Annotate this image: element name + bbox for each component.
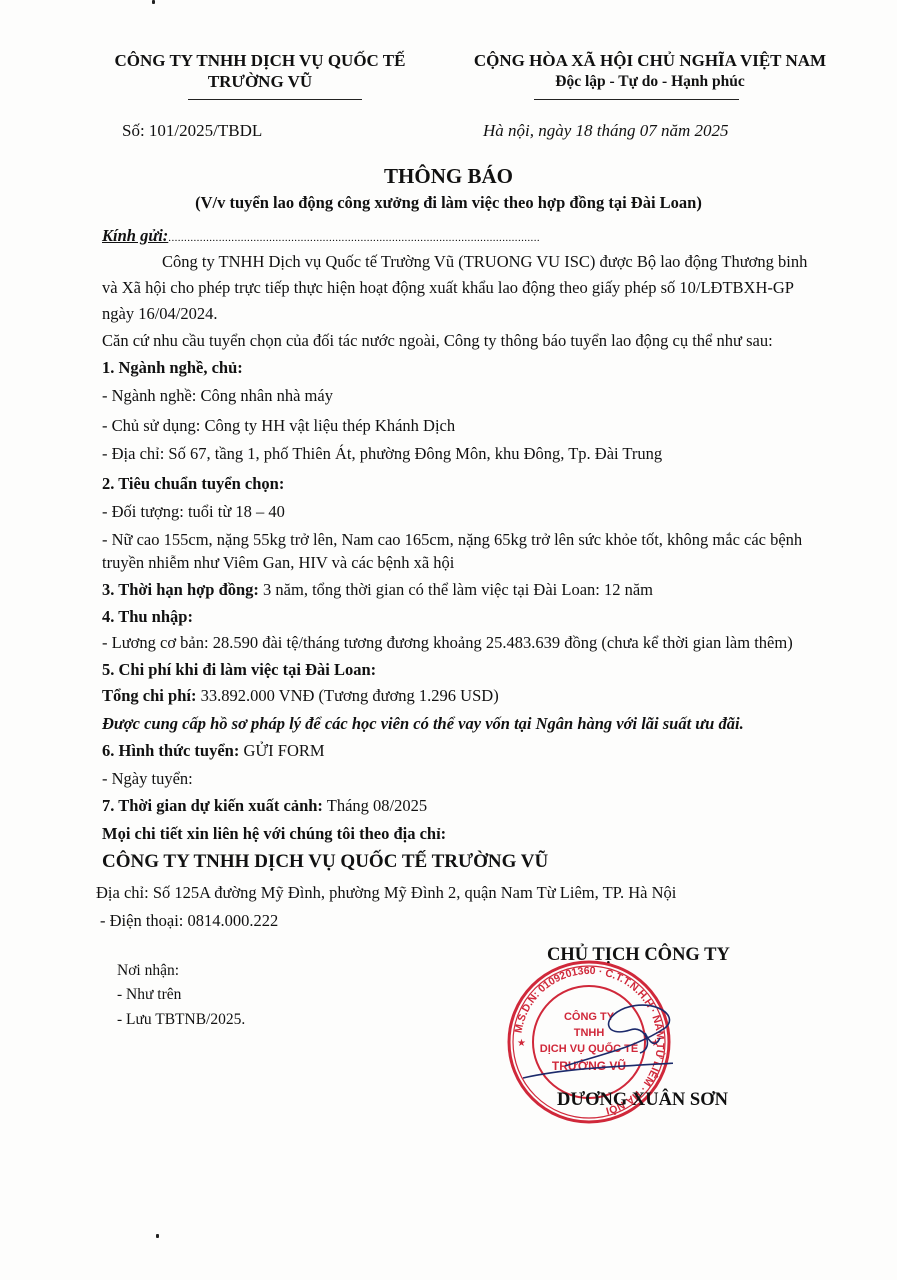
addressee-line: Kính gửi:...............................…	[102, 226, 540, 248]
scan-artifact	[156, 1234, 159, 1238]
section-6: 6. Hình thức tuyển: GỬI FORM	[102, 741, 325, 761]
section-1-address: - Địa chỉ: Số 67, tầng 1, phố Thiên Át, …	[102, 444, 662, 464]
section-3-heading: 3. Thời hạn hợp đồng:	[102, 580, 259, 599]
section-5-total: Tổng chi phí: 33.892.000 VNĐ (Tương đươn…	[102, 686, 499, 706]
company-name-line2: TRƯỜNG VŨ	[95, 71, 425, 92]
recipients-label: Nơi nhận:	[117, 961, 179, 981]
section-2-age: - Đối tượng: tuổi từ 18 – 40	[102, 502, 285, 522]
national-header: CỘNG HÒA XÃ HỘI CHỦ NGHĨA VIỆT NAM Độc l…	[440, 50, 860, 92]
contact-phone: - Điện thoại: 0814.000.222	[100, 911, 278, 931]
header-left-rule	[188, 99, 362, 100]
section-2-health-line-2: truyền nhiễm như Viêm Gan, HIV và các bệ…	[102, 553, 454, 573]
svg-text:CÔNG TY: CÔNG TY	[564, 1010, 615, 1023]
document-title: THÔNG BÁO	[0, 164, 897, 189]
section-1-heading: 1. Ngành nghề, chủ:	[102, 358, 243, 378]
national-slogan: Độc lập - Tự do - Hạnh phúc	[440, 71, 860, 92]
section-3: 3. Thời hạn hợp đồng: 3 năm, tổng thời g…	[102, 580, 653, 600]
svg-text:TNHH: TNHH	[574, 1027, 605, 1039]
section-6-heading: 6. Hình thức tuyển:	[102, 741, 239, 760]
document-date: Hà nội, ngày 18 tháng 07 năm 2025	[483, 121, 729, 141]
section-6-value: GỬI FORM	[239, 741, 324, 760]
contact-address: Địa chỉ: Số 125A đường Mỹ Đình, phường M…	[96, 883, 676, 903]
intro-line-4: Căn cứ nhu cầu tuyển chọn của đối tác nư…	[102, 331, 773, 351]
company-header: CÔNG TY TNHH DỊCH VỤ QUỐC TẾ TRƯỜNG VŨ	[95, 50, 425, 92]
contact-company: CÔNG TY TNHH DỊCH VỤ QUỐC TẾ TRƯỜNG VŨ	[102, 851, 548, 873]
addressee-dots: ........................................…	[168, 232, 540, 244]
section-7: 7. Thời gian dự kiến xuất cảnh: Tháng 08…	[102, 796, 427, 816]
section-4-salary: - Lương cơ bản: 28.590 đài tệ/tháng tươn…	[102, 633, 793, 653]
section-7-heading: 7. Thời gian dự kiến xuất cảnh:	[102, 796, 323, 815]
total-cost-value: 33.892.000 VNĐ (Tương đương 1.296 USD)	[196, 686, 498, 705]
header-right-rule	[534, 99, 739, 100]
section-3-value: 3 năm, tổng thời gian có thể làm việc tạ…	[259, 580, 653, 599]
recipient-item: - Lưu TBTNB/2025.	[117, 1010, 245, 1030]
company-name-line1: CÔNG TY TNHH DỊCH VỤ QUỐC TẾ	[95, 50, 425, 71]
section-2-heading: 2. Tiêu chuẩn tuyển chọn:	[102, 474, 284, 494]
total-cost-label: Tổng chi phí:	[102, 686, 196, 705]
intro-line-2: và Xã hội cho phép trực tiếp thực hiện h…	[102, 278, 794, 298]
addressee-label: Kính gửi:	[102, 226, 168, 245]
section-5-heading: 5. Chi phí khi đi làm việc tại Đài Loan:	[102, 660, 376, 680]
scan-artifact	[152, 0, 155, 4]
document-subtitle: (V/v tuyển lao động công xưởng đi làm vi…	[0, 193, 897, 213]
loan-note: Được cung cấp hồ sơ pháp lý để các học v…	[102, 714, 744, 734]
section-2-health-line-1: - Nữ cao 155cm, nặng 55kg trở lên, Nam c…	[102, 530, 802, 550]
national-motto: CỘNG HÒA XÃ HỘI CHỦ NGHĨA VIỆT NAM	[440, 50, 860, 71]
section-7-value: Tháng 08/2025	[323, 796, 427, 815]
signatory-name: DƯƠNG XUÂN SƠN	[557, 1090, 728, 1111]
intro-line-3: ngày 16/04/2024.	[102, 304, 218, 324]
recipient-item: - Như trên	[117, 985, 181, 1005]
document-number: Số: 101/2025/TBDL	[122, 121, 262, 141]
section-4-heading: 4. Thu nhập:	[102, 607, 193, 627]
contact-intro: Mọi chi tiết xin liên hệ với chúng tôi t…	[102, 824, 446, 844]
section-1-employer: - Chủ sử dụng: Công ty HH vật liệu thép …	[102, 416, 455, 436]
section-1-job: - Ngành nghề: Công nhân nhà máy	[102, 386, 333, 406]
recruitment-date: - Ngày tuyển:	[102, 769, 193, 789]
intro-line-1: Công ty TNHH Dịch vụ Quốc tế Trường Vũ (…	[162, 252, 807, 272]
svg-text:★: ★	[517, 1038, 526, 1049]
